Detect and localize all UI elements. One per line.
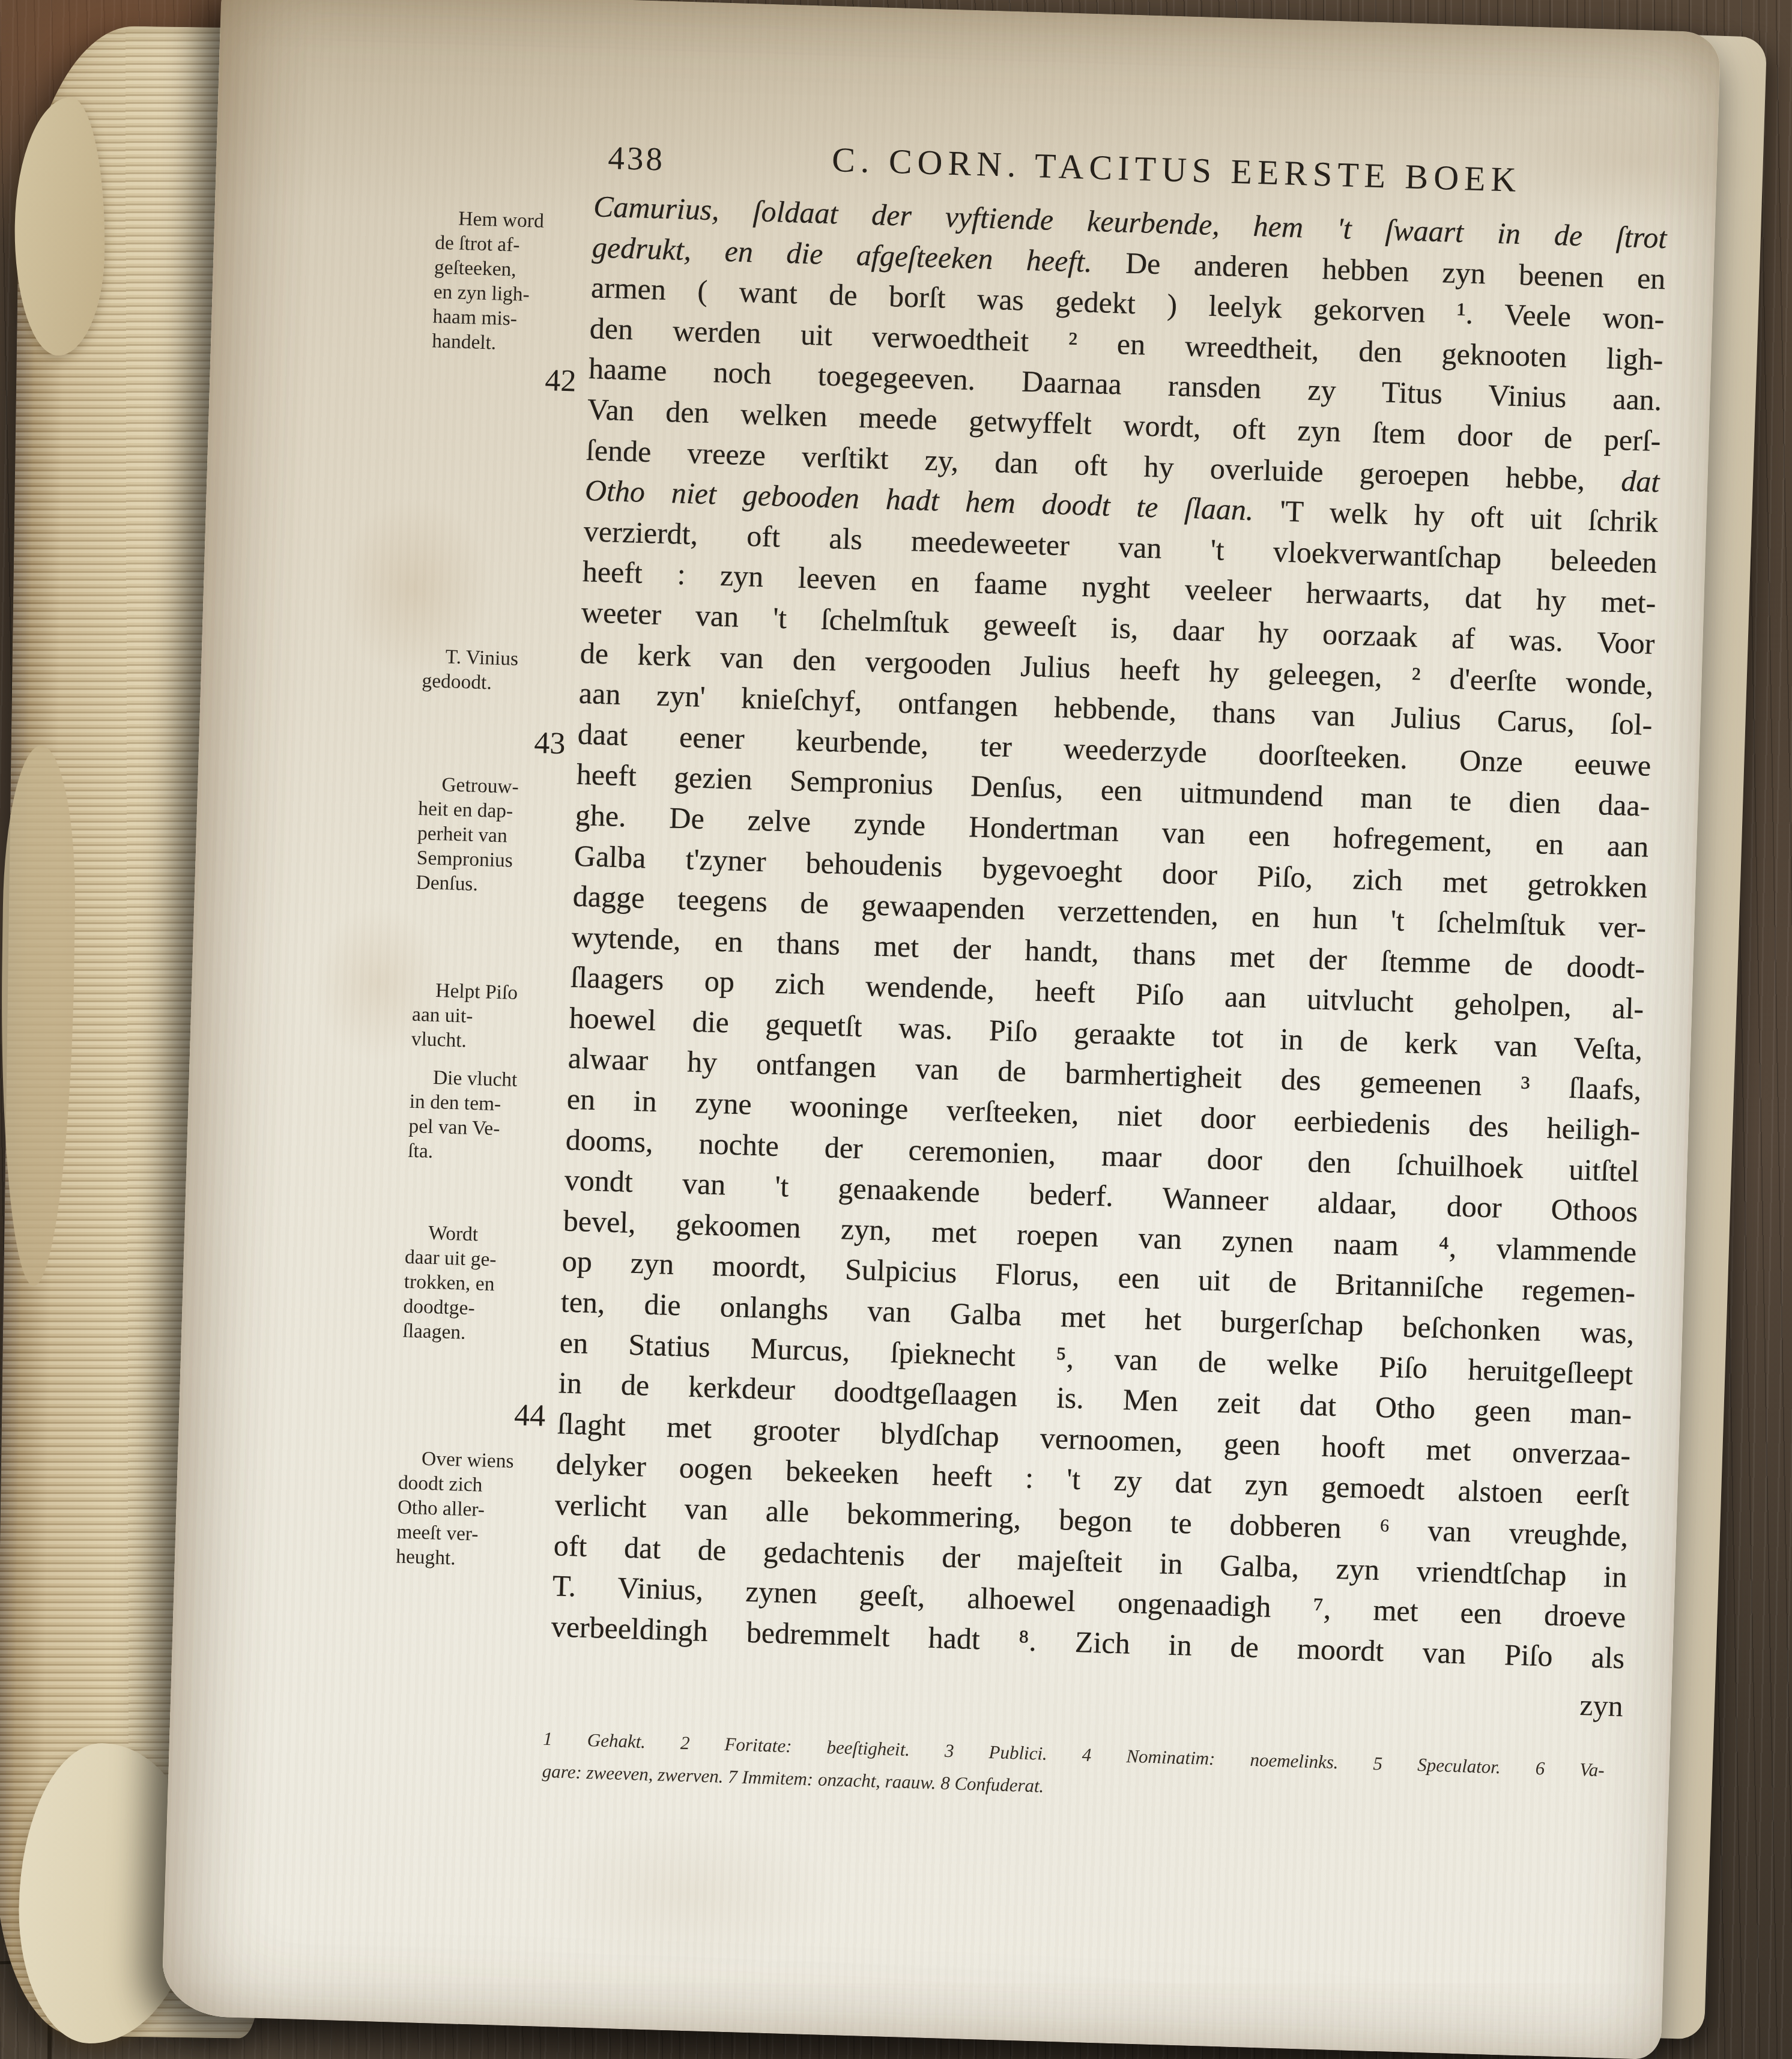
page-number: 438 bbox=[608, 139, 665, 178]
margin-note-line: ſta. bbox=[408, 1138, 560, 1167]
page-stack-bulge bbox=[0, 745, 77, 1287]
margin-note-line: heught. bbox=[396, 1544, 548, 1573]
margin-note-line: Denſus. bbox=[416, 870, 568, 899]
book-page: 438 C. CORN. TACITUS EERSTE BOEK Hem wor… bbox=[161, 0, 1721, 2059]
margin-note-2: T. Viniusgedoodt. bbox=[422, 644, 574, 697]
margin-note-3: Getrouw-heit en dap-perheit vanSemproniu… bbox=[416, 772, 571, 899]
page-content: 438 C. CORN. TACITUS EERSTE BOEK Hem wor… bbox=[161, 0, 1721, 2059]
margin-note-line: handelt. bbox=[432, 328, 584, 357]
loose-page-corner bbox=[13, 97, 107, 356]
section-number-44: 44 bbox=[400, 1394, 546, 1434]
margin-note-7: Over wiensdoodt zichOtho aller-meeſt ver… bbox=[396, 1446, 551, 1573]
margin-note-5: Die vluchtin den tem-pel van Ve-ſta. bbox=[408, 1065, 562, 1167]
margin-note-4: Helpt Piſoaan uit-vlucht. bbox=[411, 978, 565, 1056]
margin-note-line: gedoodt. bbox=[422, 668, 574, 697]
margin-note: Hem wordde ſtrot af-geſteeken,en zyn lig… bbox=[432, 205, 587, 357]
photo-of-book: { "page": { "page_number": "438", "runni… bbox=[0, 0, 1792, 2059]
section-number-42: 42 bbox=[431, 359, 577, 399]
margin-note-line: ſlaagen. bbox=[402, 1319, 554, 1347]
main-text: Camurius, ſoldaat der vyftiende keurbend… bbox=[551, 186, 1667, 1678]
footnotes: 1 Gehakt. 2 Foritate: beeſtigheit. 3 Pub… bbox=[542, 1723, 1605, 1819]
margin-note-6: Wordtdaar uit ge-trokken, endoodtge-ſlaa… bbox=[402, 1220, 557, 1347]
section-number-43: 43 bbox=[420, 722, 566, 761]
margin-note-line: vlucht. bbox=[411, 1027, 563, 1056]
